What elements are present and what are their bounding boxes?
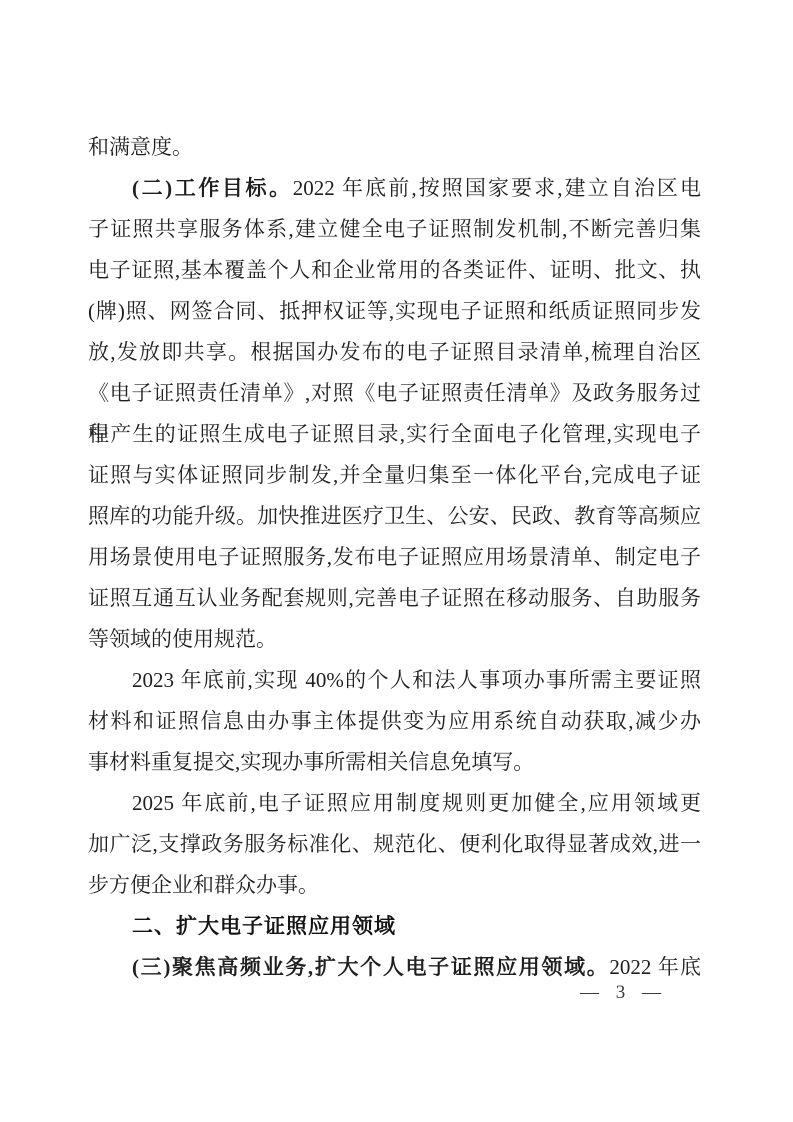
text-line: 2023 年底前,实现 40%的个人和法人事项办事所需主要证照 [88,660,701,701]
text-line: 《电子证照责任清单》,对照《电子证照责任清单》及政务服务过程 [88,373,701,414]
text-line: 电子证照,基本覆盖个人和企业常用的各类证件、证明、批文、执 [88,250,701,291]
line-text: 材料和证照信息由办事主体提供变为应用系统自动获取,减少办 [88,709,701,733]
paragraph-lead: (二)工作目标。 [132,176,293,200]
document-body: 和满意度。(二)工作目标。2022 年底前,按照国家要求,建立自治区电子证照共享… [88,127,701,988]
line-text: 事材料重复提交,实现办事所需相关信息免填写。 [88,750,534,774]
text-line: 等领域的使用规范。 [88,619,701,660]
text-line: 材料和证照信息由办事主体提供变为应用系统自动获取,减少办 [88,701,701,742]
text-line: (牌)照、网签合同、抵押权证等,实现电子证照和纸质证照同步发 [88,291,701,332]
paragraph-lead: (三)聚焦高频业务,扩大个人电子证照应用领域。 [132,955,609,979]
text-line: (二)工作目标。2022 年底前,按照国家要求,建立自治区电 [88,168,701,209]
line-text: 证照互通互认业务配套规则,完善电子证照在移动服务、自助服务 [88,586,701,610]
line-text: 电子证照,基本覆盖个人和企业常用的各类证件、证明、批文、执 [88,258,701,282]
line-text: 2023 年底前,实现 40%的个人和法人事项办事所需主要证照 [132,668,701,692]
line-text: 放,发放即共享。根据国办发布的电子证照目录清单,梳理自治区 [88,340,701,364]
line-text: 2025 年底前,电子证照应用制度规则更加健全,应用领域更 [132,791,701,815]
line-text: 用场景使用电子证照服务,发布电子证照应用场景清单、制定电子 [88,545,701,569]
line-text: 步方便企业和群众办事。 [88,873,319,897]
section-heading: 二、扩大电子证照应用领域 [88,906,701,947]
line-text: 照库的功能升级。加快推进医疗卫生、公安、民政、教育等高频应 [88,504,701,528]
text-line: 子证照共享服务体系,建立健全电子证照制发机制,不断完善归集 [88,209,701,250]
line-text: 加广泛,支撑政务服务标准化、规范化、便利化取得显著成效,进一 [88,832,701,856]
line-text: 子证照共享服务体系,建立健全电子证照制发机制,不断完善归集 [88,217,701,241]
line-text: 2022 年底 [609,955,701,979]
text-line: 加广泛,支撑政务服务标准化、规范化、便利化取得显著成效,进一 [88,824,701,865]
line-text: 等领域的使用规范。 [88,627,277,651]
text-line: 放,发放即共享。根据国办发布的电子证照目录清单,梳理自治区 [88,332,701,373]
line-text: 证照与实体证照同步制发,并全量归集至一体化平台,完成电子证 [88,463,701,487]
text-line: 2025 年底前,电子证照应用制度规则更加健全,应用领域更 [88,783,701,824]
text-line: 证照互通互认业务配套规则,完善电子证照在移动服务、自助服务 [88,578,701,619]
text-line: 和满意度。 [88,127,701,168]
line-text: 2022 年底前,按照国家要求,建立自治区电 [293,176,701,200]
text-line: 步方便企业和群众办事。 [88,865,701,906]
text-line: 用场景使用电子证照服务,发布电子证照应用场景清单、制定电子 [88,537,701,578]
text-line: 证照与实体证照同步制发,并全量归集至一体化平台,完成电子证 [88,455,701,496]
line-text: (牌)照、网签合同、抵押权证等,实现电子证照和纸质证照同步发 [88,299,701,323]
line-text: 二、扩大电子证照应用领域 [132,915,396,938]
line-text: 中产生的证照生成电子证照目录,实行全面电子化管理,实现电子 [88,422,701,446]
text-line: 事材料重复提交,实现办事所需相关信息免填写。 [88,742,701,783]
text-line: 照库的功能升级。加快推进医疗卫生、公安、民政、教育等高频应 [88,496,701,537]
line-text: 和满意度。 [88,135,193,159]
page-number: — 3 — [580,982,667,1004]
text-line: 中产生的证照生成电子证照目录,实行全面电子化管理,实现电子 [88,414,701,455]
document-page: 和满意度。(二)工作目标。2022 年底前,按照国家要求,建立自治区电子证照共享… [0,0,793,1122]
